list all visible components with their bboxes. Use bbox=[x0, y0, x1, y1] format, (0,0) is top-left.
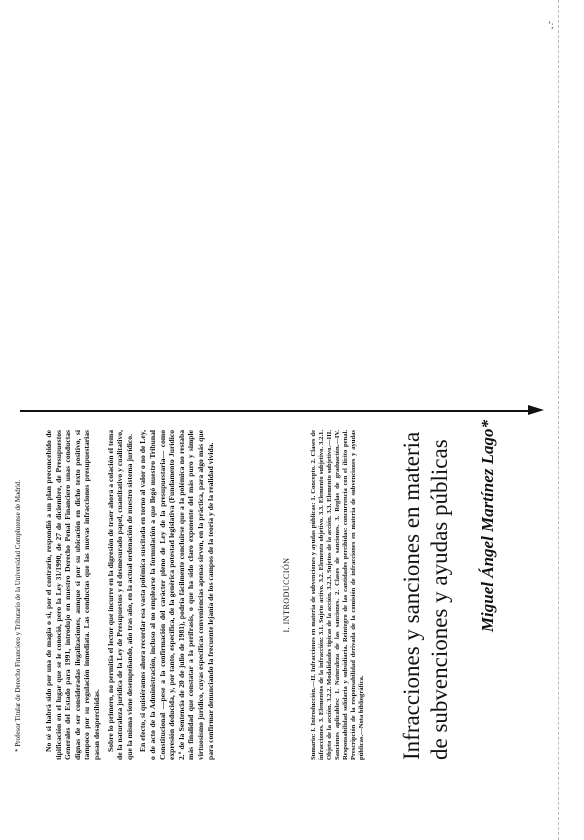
paragraph: Sobre lo primero, no permitía el lector … bbox=[106, 430, 135, 760]
horizontal-rule bbox=[20, 410, 530, 412]
section-heading: I. INTRODUCCIÓN bbox=[282, 430, 291, 760]
title-line-2: de subvenciones y ayudas públicas bbox=[426, 420, 454, 760]
author-name: Miguel Ángel Martínez Lago* bbox=[478, 420, 498, 740]
summary: Sumario: I. Introducción.—II. Infraccion… bbox=[310, 430, 366, 760]
body-text: No sé si habrá sido por una de magia o s… bbox=[44, 430, 219, 760]
page-content: Miguel Ángel Martínez Lago* Infracciones… bbox=[10, 420, 540, 760]
scan-edge-line bbox=[558, 0, 560, 840]
article-title: Infracciones y sanciones en materia de s… bbox=[398, 420, 454, 760]
paragraph: No sé si habrá sido por una de magia o s… bbox=[44, 430, 102, 760]
rule-end-mark bbox=[528, 405, 544, 415]
corner-mark: ʼ; bbox=[548, 20, 554, 30]
footnote: * Profesor Titular de Derecho Financiero… bbox=[14, 422, 23, 752]
title-line-1: Infracciones y sanciones en materia bbox=[398, 420, 426, 760]
paragraph: En efecto, si quisiéramos ahora recordar… bbox=[138, 430, 215, 760]
rotated-page: Miguel Ángel Martínez Lago* Infracciones… bbox=[10, 420, 540, 760]
